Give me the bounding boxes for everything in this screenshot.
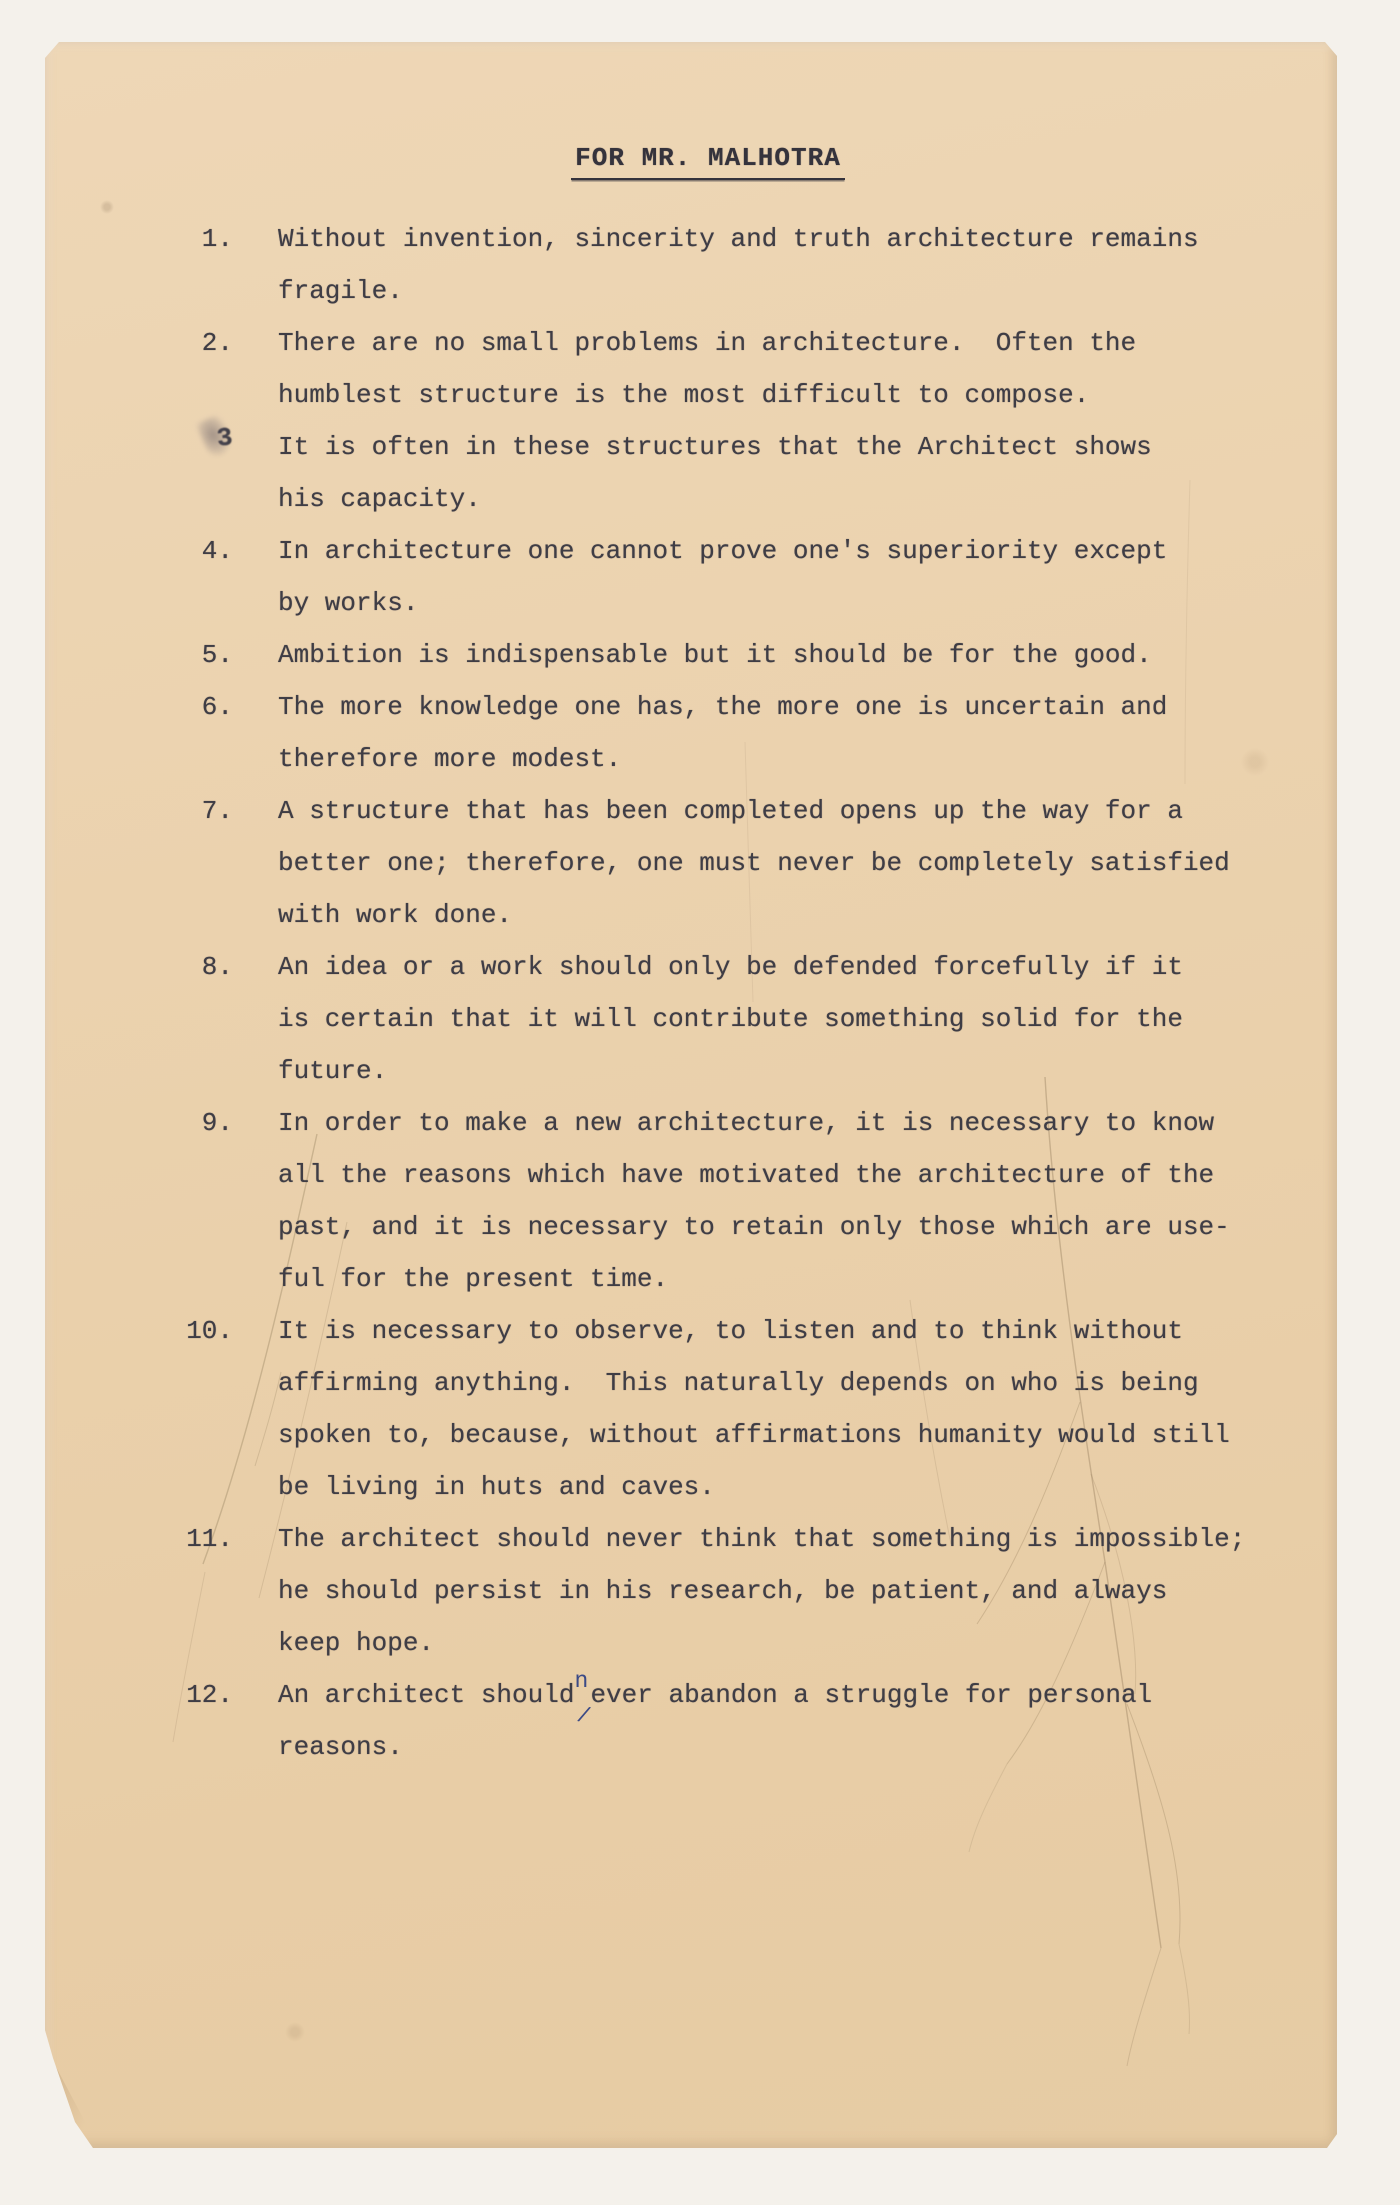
item-line: better one; therefore, one must never be… (278, 837, 1230, 889)
item-number: 12. (45, 1669, 233, 1721)
item-line: is certain that it will contribute somet… (278, 993, 1183, 1045)
item-number: 7. (45, 785, 233, 837)
list-item: 1.Without invention, sincerity and truth… (45, 213, 1337, 317)
list-item: 8.An idea or a work should only be defen… (45, 941, 1337, 1097)
item-line: humblest structure is the most difficult… (278, 369, 1136, 421)
item-line: It is necessary to observe, to listen an… (278, 1305, 1230, 1357)
item-line: all the reasons which have motivated the… (278, 1149, 1230, 1201)
item-number: 2. (45, 317, 233, 369)
item-line: Ambition is indispensable but it should … (278, 629, 1152, 681)
item-number: 6. (45, 681, 233, 733)
item-number: 4. (45, 525, 233, 577)
item-number: 5. (45, 629, 233, 681)
item-line: fragile. (278, 265, 1199, 317)
item-line: his capacity. (278, 473, 1152, 525)
item-line: A structure that has been completed open… (278, 785, 1230, 837)
item-number: 10. (45, 1305, 233, 1357)
item-line: reasons. (278, 1721, 1152, 1773)
item-body: It is often in these structures that the… (278, 421, 1152, 525)
item-line: be living in huts and caves. (278, 1461, 1230, 1513)
item-line: In order to make a new architecture, it … (278, 1097, 1230, 1149)
item-body: In order to make a new architecture, it … (278, 1097, 1230, 1305)
item-number: 9. (45, 1097, 233, 1149)
document-title: FOR MR. MALHOTRA (62, 143, 1354, 173)
item-number: 8. (45, 941, 233, 993)
item-body: In architecture one cannot prove one's s… (278, 525, 1167, 629)
list-item: 4.In architecture one cannot prove one's… (45, 525, 1337, 629)
document-page: FOR MR. MALHOTRA 1.Without invention, si… (45, 42, 1337, 2148)
item-line: with work done. (278, 889, 1230, 941)
item-body: Ambition is indispensable but it should … (278, 629, 1152, 681)
item-number: 3 (43, 411, 235, 482)
item-line: In architecture one cannot prove one's s… (278, 525, 1167, 577)
item-line: keep hope. (278, 1617, 1245, 1669)
list-item: 10.It is necessary to observe, to listen… (45, 1305, 1337, 1513)
list-item: 3It is often in these structures that th… (45, 421, 1337, 525)
item-line: he should persist in his research, be pa… (278, 1565, 1245, 1617)
item-line: The architect should never think that so… (278, 1513, 1245, 1565)
list-item: 6.The more knowledge one has, the more o… (45, 681, 1337, 785)
item-line: ful for the present time. (278, 1253, 1230, 1305)
paper-corner-fold (47, 2050, 99, 2148)
items-list: 1.Without invention, sincerity and truth… (45, 213, 1337, 1773)
list-item: 2.There are no small problems in archite… (45, 317, 1337, 421)
item-body: An architect shouldnever abandon a strug… (278, 1669, 1152, 1773)
item-body: It is necessary to observe, to listen an… (278, 1305, 1230, 1513)
item-line: therefore more modest. (278, 733, 1167, 785)
list-item: 11.The architect should never think that… (45, 1513, 1337, 1669)
item-line: There are no small problems in architect… (278, 317, 1136, 369)
item-line: past, and it is necessary to retain only… (278, 1201, 1230, 1253)
handwritten-insert-n: n (574, 1668, 590, 1694)
item-body: A structure that has been completed open… (278, 785, 1230, 941)
item-line: The more knowledge one has, the more one… (278, 681, 1167, 733)
item-body: There are no small problems in architect… (278, 317, 1136, 421)
item-line: future. (278, 1045, 1183, 1097)
list-item: 12.An architect shouldnever abandon a st… (45, 1669, 1337, 1773)
item-body: The more knowledge one has, the more one… (278, 681, 1167, 785)
item-line: It is often in these structures that the… (278, 421, 1152, 473)
list-item: 5.Ambition is indispensable but it shoul… (45, 629, 1337, 681)
item-line: by works. (278, 577, 1167, 629)
item-body: An idea or a work should only be defende… (278, 941, 1183, 1097)
list-item: 9.In order to make a new architecture, i… (45, 1097, 1337, 1305)
item-line: An architect shouldnever abandon a strug… (278, 1669, 1152, 1721)
item-line: affirming anything. This naturally depen… (278, 1357, 1230, 1409)
list-item: 7.A structure that has been completed op… (45, 785, 1337, 941)
item-number: 11. (45, 1513, 233, 1565)
item-line: An idea or a work should only be defende… (278, 941, 1183, 993)
item-line: spoken to, because, without affirmations… (278, 1409, 1230, 1461)
item-body: Without invention, sincerity and truth a… (278, 213, 1199, 317)
item-body: The architect should never think that so… (278, 1513, 1245, 1669)
item-number: 1. (45, 213, 233, 265)
item-line: Without invention, sincerity and truth a… (278, 213, 1199, 265)
